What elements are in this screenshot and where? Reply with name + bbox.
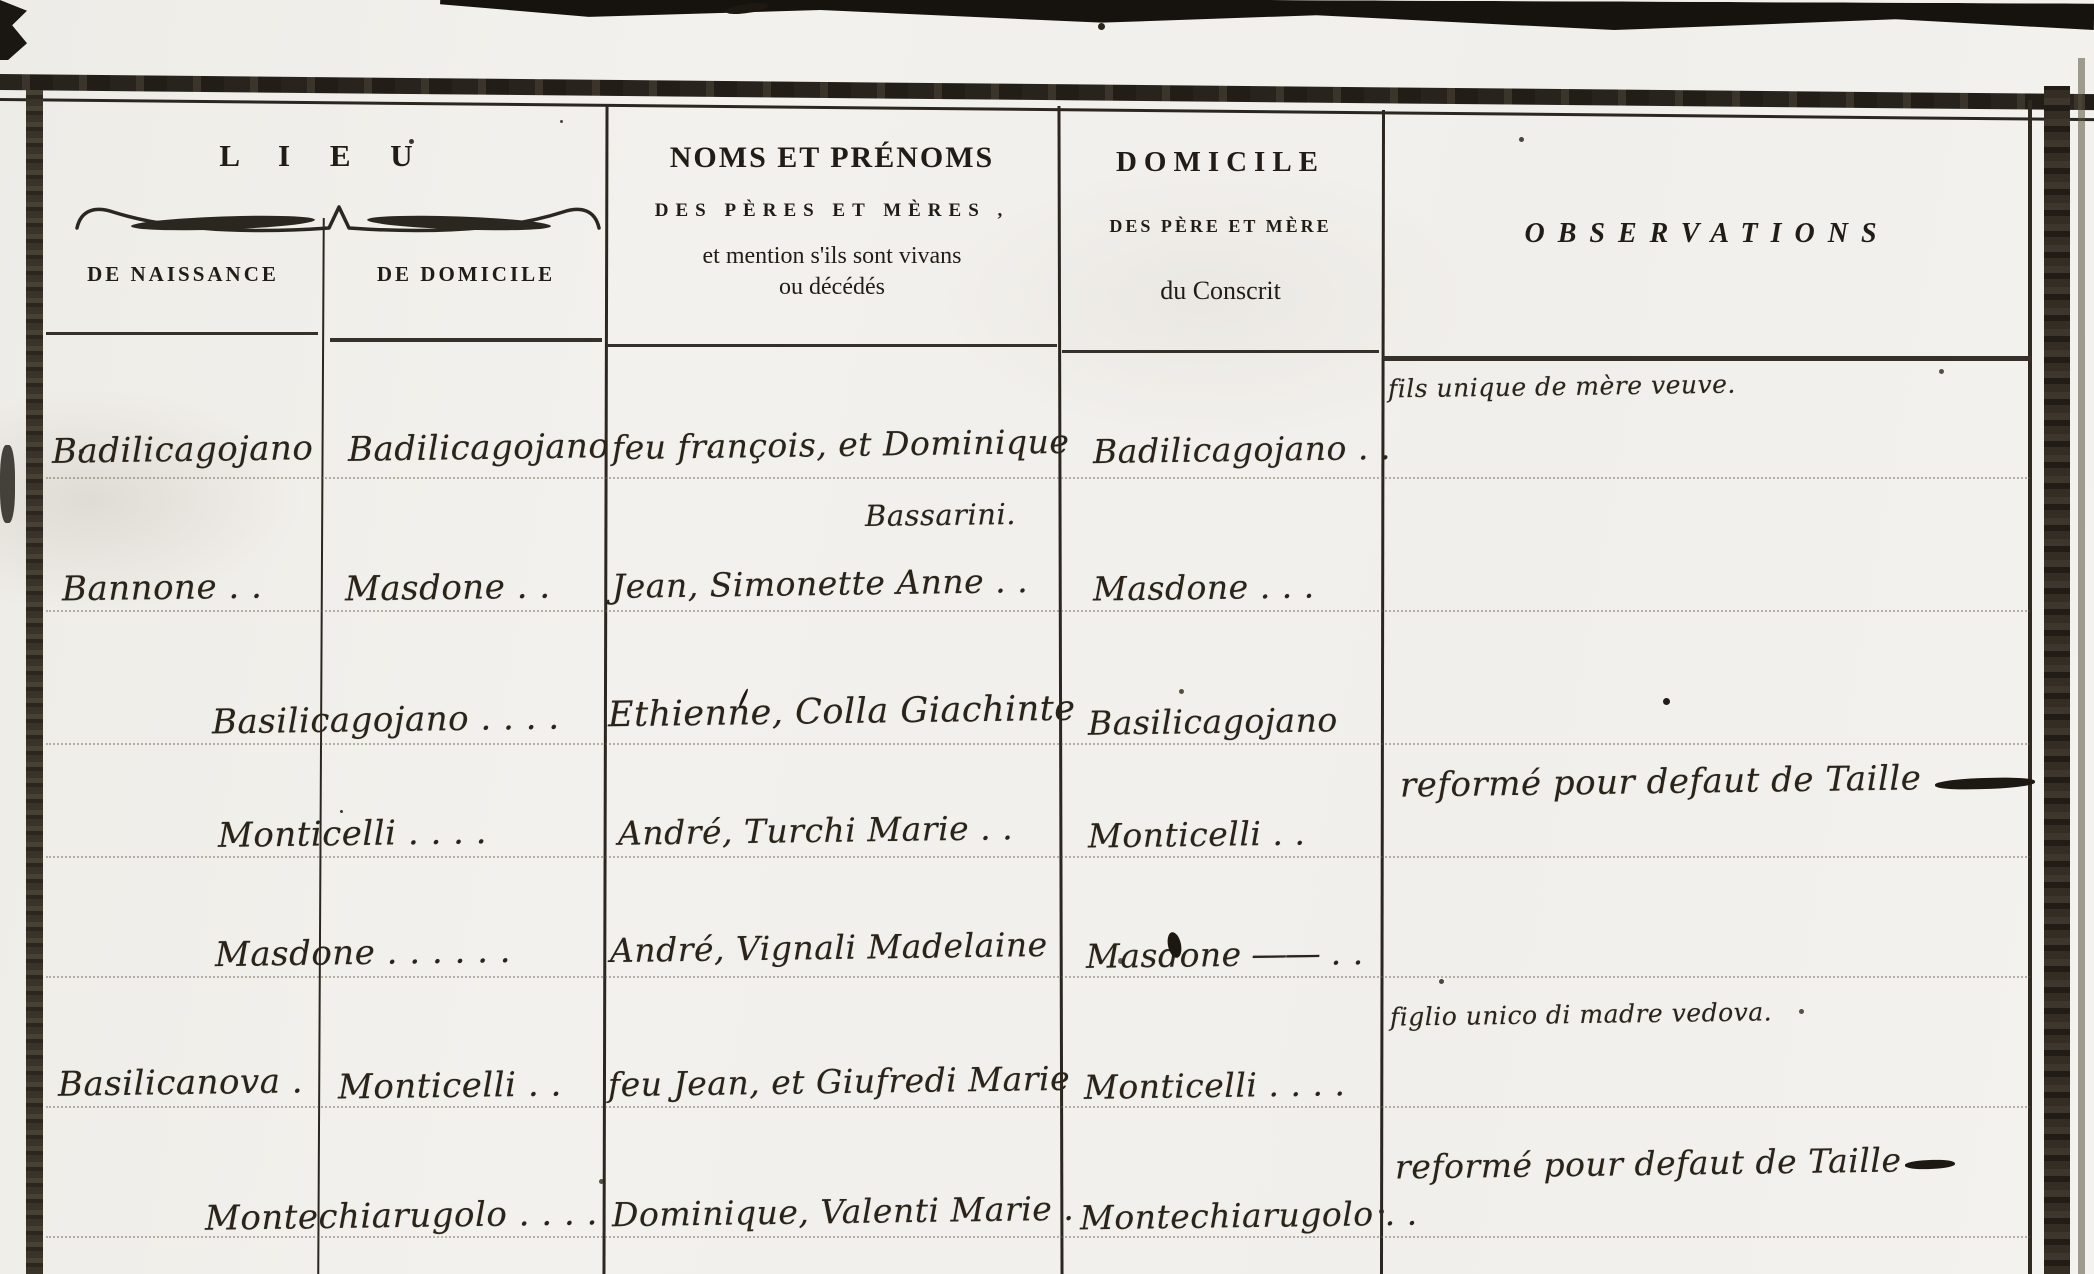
column-header-noms-line3: et mention s'ils sont vivans [607,243,1057,270]
row-5-parents-domicile: Masdone ―― . . [1086,933,1364,976]
row-3-birth-and-residence: Basilicagojano . . . . [212,698,560,743]
table-top-border [0,74,2094,110]
column-divider-domicile-observations [1380,110,1385,1274]
margin-blot [0,445,15,523]
table-right-border [2044,86,2070,1274]
observation-reformed-height-2: reformé pour defaut de Taille [1395,1140,1902,1186]
page-right-edge [2078,58,2085,1274]
header-underline-domicile [330,338,602,342]
row-7-parents-domicile: Montechiarugolo . . [1080,1194,1418,1238]
column-header-observations: OBSERVATIONS [1383,218,2031,250]
row-1-residence: Badilicagojano [348,426,610,470]
header-underline-naissance [46,332,318,335]
column-header-domicile2-line2: DES PÈRE ET MÈRE [1062,216,1379,237]
row-2-parents-domicile: Masdone . . . [1093,566,1315,608]
scan-edge-artifact-top [440,0,2094,34]
row-3-parents-domicile: Basilicagojano [1088,700,1338,742]
row-2-birthplace: Bannone . . [62,567,263,610]
header-underline-domicile2 [1062,350,1379,353]
row-1-parents-names: feu françois, et Dominique [612,422,1070,467]
column-header-domicile2-line3: du Conscrit [1062,276,1379,306]
row-5-birth-and-residence: Masdone . . . . . . [215,931,512,975]
header-underline-noms [607,344,1057,347]
observation-only-son-of-widow-fr: fils unique de mère veuve. [1388,370,1736,404]
row-2-residence: Masdone . . [345,567,551,610]
row-4-birth-and-residence: Monticelli . . . . [218,812,488,856]
row-6-parents-domicile: Monticelli . . . . [1084,1064,1346,1107]
column-header-domicile2-line1: DOMICILE [1062,146,1379,179]
row-rule [46,610,2030,612]
row-6-parents-names: feu Jean, et Giufredi Marie [608,1059,1071,1104]
row-3-parents-names: Ethienne, Colla Giachinte [608,689,1076,736]
row-rule [46,743,2030,745]
row-7-birth-and-residence: Montechiarugolo . . . . [205,1193,598,1238]
scan-corner-mark [0,0,27,60]
column-header-de-naissance: DE NAISSANCE [46,262,320,287]
column-header-noms-line2: DES PÈRES ET MÈRES , [607,200,1057,222]
paper-specks [560,120,563,123]
table-right-border-inner [2028,100,2032,1274]
row-2-parents-names: Jean, Simonette Anne . . [612,561,1029,606]
row-5-parents-names: André, Vignali Madelaine [610,925,1048,970]
column-header-noms-line1: NOMS ET PRÉNOMS [607,141,1057,175]
row-6-birthplace: Basilicanova . [58,1061,304,1104]
row-4-parents-names: André, Turchi Marie . . [618,808,1014,853]
flourish-dash [1935,776,2035,790]
row-rule [46,477,2030,479]
header-underline-observations [1383,356,2031,361]
flourish-dash [1905,1159,1955,1170]
row-rule [46,976,2030,978]
observation-reformed-height-1: reformé pour defaut de Taille [1400,758,1922,805]
ink-speck [1118,958,1123,964]
register-scan-page: L I E U DE NAISSANCE DE DOMICILE NOMS ET… [0,0,2094,1274]
column-header-noms-line4: ou décédés [607,274,1057,301]
row-rule [46,856,2030,858]
row-6-residence: Monticelli . . [338,1064,562,1107]
row-7-parents-names: Dominique, Valenti Marie . [612,1189,1075,1234]
table-left-border [26,90,43,1274]
row-4-parents-domicile: Monticelli . . [1088,813,1306,855]
column-group-header-lieu: L I E U [46,138,602,174]
column-divider-naissance-domicile [317,218,325,1274]
observation-only-son-of-widow-it: figlio unico di madre vedova. [1390,997,1773,1031]
brace-under-lieu [72,198,604,240]
row-1-birthplace: Badilicagojano [52,428,314,472]
row-1-parents-domicile: Badilicagojano . . [1093,428,1391,471]
column-header-de-domicile: DE DOMICILE [330,262,602,287]
row-1-parents-names-line2: Bassarini. [865,497,1016,533]
